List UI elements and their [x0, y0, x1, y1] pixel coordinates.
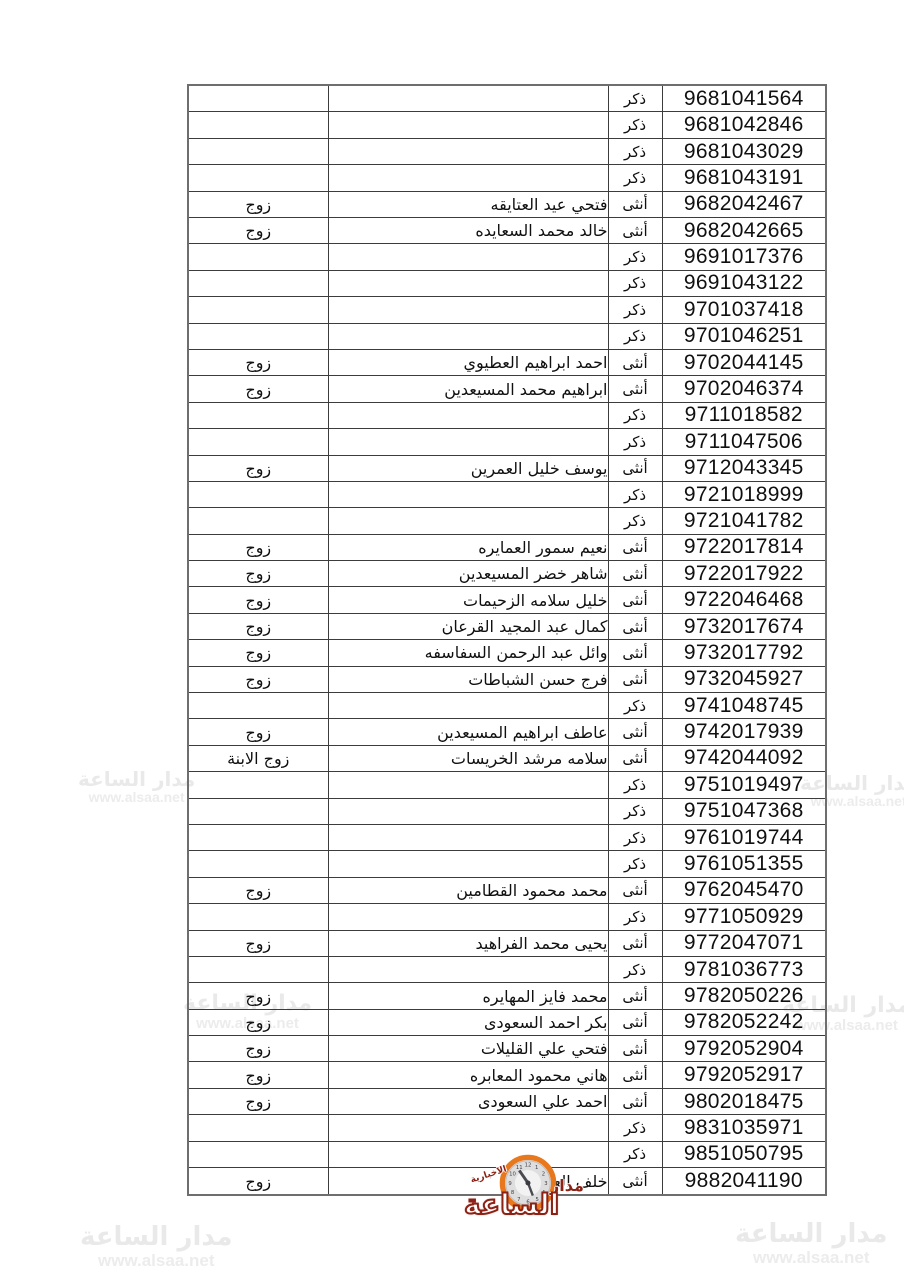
cell-gender: أنثى: [608, 455, 662, 481]
table-row: 9732017792 أنثى وائل عبد الرحمن السفاسفه…: [188, 640, 826, 666]
cell-name: [328, 1115, 608, 1141]
watermark-text: مدار الساعة: [80, 1223, 232, 1252]
cell-name: [328, 956, 608, 982]
cell-relationship: زوج: [188, 877, 328, 903]
table-row: 9681043191 ذكر: [188, 165, 826, 191]
cell-national-id: 9681043029: [662, 138, 826, 164]
table-row: 9882041190 أنثى خلف العبايده زوج: [188, 1168, 826, 1195]
cell-gender: أنثى: [608, 217, 662, 243]
cell-national-id: 9701046251: [662, 323, 826, 349]
cell-relationship: زوج: [188, 534, 328, 560]
cell-national-id: 9882041190: [662, 1168, 826, 1195]
cell-name: [328, 693, 608, 719]
table-row: 9761019744 ذكر: [188, 824, 826, 850]
cell-national-id: 9792052917: [662, 1062, 826, 1088]
cell-gender: أنثى: [608, 745, 662, 771]
table-row: 9782052242 أنثى بكر احمد السعودى زوج: [188, 1009, 826, 1035]
table-row: 9802018475 أنثى احمد علي السعودى زوج: [188, 1088, 826, 1114]
cell-name: [328, 138, 608, 164]
watermark: مدار الساعة www.alsaa.net: [78, 768, 195, 805]
cell-relationship: [188, 270, 328, 296]
cell-gender: ذكر: [608, 138, 662, 164]
cell-gender: ذكر: [608, 165, 662, 191]
table-row: 9711018582 ذكر: [188, 402, 826, 428]
table-body: 9681041564 ذكر 9681042846 ذكر 9681043029…: [188, 85, 826, 1195]
table-row: 9722046468 أنثى خليل سلامه الزحيمات زوج: [188, 587, 826, 613]
cell-relationship: زوج: [188, 719, 328, 745]
cell-national-id: 9682042665: [662, 217, 826, 243]
cell-gender: ذكر: [608, 798, 662, 824]
cell-relationship: [188, 1115, 328, 1141]
cell-relationship: [188, 112, 328, 138]
cell-national-id: 9682042467: [662, 191, 826, 217]
cell-gender: ذكر: [608, 956, 662, 982]
cell-name: [328, 772, 608, 798]
cell-national-id: 9831035971: [662, 1115, 826, 1141]
table-row: 9682042467 أنثى فتحي عيد العتايقه زوج: [188, 191, 826, 217]
table-row: 9792052917 أنثى هاني محمود المعابره زوج: [188, 1062, 826, 1088]
cell-national-id: 9691017376: [662, 244, 826, 270]
cell-relationship: [188, 508, 328, 534]
table-row: 9831035971 ذكر: [188, 1115, 826, 1141]
cell-name: [328, 481, 608, 507]
cell-national-id: 9751047368: [662, 798, 826, 824]
cell-national-id: 9792052904: [662, 1036, 826, 1062]
cell-name: فرج حسن الشباطات: [328, 666, 608, 692]
cell-name: بكر احمد السعودى: [328, 1009, 608, 1035]
cell-name: احمد علي السعودى: [328, 1088, 608, 1114]
table-row: 9751047368 ذكر: [188, 798, 826, 824]
cell-gender: أنثى: [608, 1036, 662, 1062]
table-row: 9772047071 أنثى يحيى محمد الفراهيد زوج: [188, 930, 826, 956]
table-row: 9741048745 ذكر: [188, 693, 826, 719]
watermark-url: www.alsaa.net: [735, 1249, 887, 1268]
cell-relationship: [188, 772, 328, 798]
cell-gender: أنثى: [608, 640, 662, 666]
cell-relationship: [188, 481, 328, 507]
cell-relationship: زوج: [188, 666, 328, 692]
cell-relationship: [188, 429, 328, 455]
cell-name: [328, 1141, 608, 1167]
svg-text:5: 5: [535, 1197, 538, 1203]
cell-national-id: 9702046374: [662, 376, 826, 402]
cell-gender: ذكر: [608, 693, 662, 719]
cell-name: ابراهيم محمد المسيعدين: [328, 376, 608, 402]
cell-national-id: 9802018475: [662, 1088, 826, 1114]
cell-national-id: 9691043122: [662, 270, 826, 296]
cell-relationship: زوج: [188, 613, 328, 639]
cell-relationship: [188, 798, 328, 824]
cell-national-id: 9761019744: [662, 824, 826, 850]
cell-name: [328, 904, 608, 930]
watermark: مدار الساعة www.alsaa.net: [80, 1223, 232, 1270]
cell-name: خالد محمد السعايده: [328, 217, 608, 243]
cell-gender: أنثى: [608, 930, 662, 956]
cell-relationship: [188, 85, 328, 112]
table-row: 9681042846 ذكر: [188, 112, 826, 138]
table-row: 9701037418 ذكر: [188, 297, 826, 323]
cell-relationship: [188, 402, 328, 428]
table-row: 9782050226 أنثى محمد فايز المهايره زوج: [188, 983, 826, 1009]
cell-national-id: 9732045927: [662, 666, 826, 692]
table-row: 9732017674 أنثى كمال عبد المجيد القرعان …: [188, 613, 826, 639]
watermark-text: مدار الساعة: [78, 768, 195, 790]
cell-relationship: [188, 851, 328, 877]
cell-national-id: 9722017922: [662, 561, 826, 587]
cell-name: [328, 85, 608, 112]
cell-relationship: زوج: [188, 217, 328, 243]
cell-relationship: زوج: [188, 587, 328, 613]
cell-gender: أنثى: [608, 877, 662, 903]
table-row: 9722017814 أنثى نعيم سمور العمايره زوج: [188, 534, 826, 560]
cell-gender: ذكر: [608, 824, 662, 850]
cell-name: وائل عبد الرحمن السفاسفه: [328, 640, 608, 666]
table-row: 9721041782 ذكر: [188, 508, 826, 534]
cell-gender: ذكر: [608, 1115, 662, 1141]
cell-name: خليل سلامه الزحيمات: [328, 587, 608, 613]
cell-name: محمد محمود القطامين: [328, 877, 608, 903]
table-row: 9762045470 أنثى محمد محمود القطامين زوج: [188, 877, 826, 903]
cell-national-id: 9761051355: [662, 851, 826, 877]
cell-national-id: 9772047071: [662, 930, 826, 956]
cell-national-id: 9711018582: [662, 402, 826, 428]
cell-gender: أنثى: [608, 191, 662, 217]
cell-relationship: [188, 138, 328, 164]
cell-national-id: 9742017939: [662, 719, 826, 745]
cell-name: يحيى محمد الفراهيد: [328, 930, 608, 956]
cell-gender: ذكر: [608, 508, 662, 534]
cell-name: [328, 851, 608, 877]
cell-name: [328, 508, 608, 534]
table-row: 9732045927 أنثى فرج حسن الشباطات زوج: [188, 666, 826, 692]
table-row: 9742044092 أنثى سلامه مرشد الخريسات زوج …: [188, 745, 826, 771]
table-row: 9722017922 أنثى شاهر خضر المسيعدين زوج: [188, 561, 826, 587]
cell-gender: أنثى: [608, 1009, 662, 1035]
cell-gender: أنثى: [608, 534, 662, 560]
watermark: مدار الساعة www.alsaa.net: [735, 1220, 887, 1267]
cell-relationship: زوج: [188, 1062, 328, 1088]
cell-name: هاني محمود المعابره: [328, 1062, 608, 1088]
cell-relationship: [188, 1141, 328, 1167]
cell-name: احمد ابراهيم العطيوي: [328, 349, 608, 375]
cell-name: [328, 165, 608, 191]
cell-name: عاطف ابراهيم المسيعدين: [328, 719, 608, 745]
cell-gender: ذكر: [608, 1141, 662, 1167]
cell-national-id: 9741048745: [662, 693, 826, 719]
svg-text:7: 7: [517, 1197, 520, 1203]
table-row: 9781036773 ذكر: [188, 956, 826, 982]
table-row: 9792052904 أنثى فتحي علي القليلات زوج: [188, 1036, 826, 1062]
cell-name: كمال عبد المجيد القرعان: [328, 613, 608, 639]
cell-national-id: 9771050929: [662, 904, 826, 930]
table-row: 9691043122 ذكر: [188, 270, 826, 296]
table-row: 9751019497 ذكر: [188, 772, 826, 798]
svg-text:6: 6: [526, 1199, 530, 1205]
table-row: 9702046374 أنثى ابراهيم محمد المسيعدين ز…: [188, 376, 826, 402]
cell-relationship: زوج: [188, 640, 328, 666]
table-row: 9681041564 ذكر: [188, 85, 826, 112]
cell-gender: ذكر: [608, 429, 662, 455]
cell-gender: أنثى: [608, 376, 662, 402]
cell-gender: أنثى: [608, 666, 662, 692]
cell-national-id: 9712043345: [662, 455, 826, 481]
cell-gender: أنثى: [608, 349, 662, 375]
cell-name: نعيم سمور العمايره: [328, 534, 608, 560]
cell-name: شاهر خضر المسيعدين: [328, 561, 608, 587]
table-row: 9851050795 ذكر: [188, 1141, 826, 1167]
table-row: 9702044145 أنثى احمد ابراهيم العطيوي زوج: [188, 349, 826, 375]
watermark-text: مدار الساعة: [735, 1220, 887, 1249]
cell-national-id: 9732017674: [662, 613, 826, 639]
cell-name: [328, 824, 608, 850]
cell-relationship: زوج: [188, 983, 328, 1009]
cell-name: [328, 112, 608, 138]
table-row: 9712043345 أنثى يوسف خليل العمرين زوج: [188, 455, 826, 481]
cell-relationship: [188, 244, 328, 270]
cell-relationship: [188, 956, 328, 982]
cell-name: [328, 270, 608, 296]
cell-national-id: 9721018999: [662, 481, 826, 507]
cell-national-id: 9742044092: [662, 745, 826, 771]
cell-gender: ذكر: [608, 323, 662, 349]
cell-relationship: [188, 165, 328, 191]
cell-national-id: 9681041564: [662, 85, 826, 112]
cell-gender: أنثى: [608, 1088, 662, 1114]
cell-name: فتحي عيد العتايقه: [328, 191, 608, 217]
table-row: 9682042665 أنثى خالد محمد السعايده زوج: [188, 217, 826, 243]
cell-national-id: 9681042846: [662, 112, 826, 138]
cell-name: خلف العبايده: [328, 1168, 608, 1195]
cell-relationship: [188, 297, 328, 323]
cell-national-id: 9722046468: [662, 587, 826, 613]
table-row: 9771050929 ذكر: [188, 904, 826, 930]
cell-gender: أنثى: [608, 719, 662, 745]
cell-gender: أنثى: [608, 983, 662, 1009]
records-table: 9681041564 ذكر 9681042846 ذكر 9681043029…: [187, 84, 827, 1196]
cell-relationship: زوج: [188, 349, 328, 375]
cell-relationship: [188, 824, 328, 850]
table-row: 9701046251 ذكر: [188, 323, 826, 349]
cell-relationship: زوج: [188, 1088, 328, 1114]
cell-gender: ذكر: [608, 851, 662, 877]
table-row: 9711047506 ذكر: [188, 429, 826, 455]
cell-gender: ذكر: [608, 270, 662, 296]
cell-gender: ذكر: [608, 244, 662, 270]
cell-relationship: [188, 693, 328, 719]
cell-gender: ذكر: [608, 904, 662, 930]
cell-national-id: 9732017792: [662, 640, 826, 666]
cell-national-id: 9751019497: [662, 772, 826, 798]
watermark-url: www.alsaa.net: [80, 1252, 232, 1271]
table-row: 9761051355 ذكر: [188, 851, 826, 877]
cell-relationship: [188, 323, 328, 349]
cell-national-id: 9722017814: [662, 534, 826, 560]
cell-relationship: [188, 904, 328, 930]
cell-national-id: 9782050226: [662, 983, 826, 1009]
cell-name: سلامه مرشد الخريسات: [328, 745, 608, 771]
cell-relationship: زوج: [188, 930, 328, 956]
cell-national-id: 9851050795: [662, 1141, 826, 1167]
cell-relationship: زوج: [188, 376, 328, 402]
cell-gender: ذكر: [608, 297, 662, 323]
cell-name: [328, 297, 608, 323]
cell-relationship: زوج: [188, 1168, 328, 1195]
cell-relationship: زوج الابنة: [188, 745, 328, 771]
cell-national-id: 9702044145: [662, 349, 826, 375]
cell-national-id: 9762045470: [662, 877, 826, 903]
cell-gender: ذكر: [608, 481, 662, 507]
cell-name: [328, 323, 608, 349]
table-row: 9681043029 ذكر: [188, 138, 826, 164]
table-row: 9742017939 أنثى عاطف ابراهيم المسيعدين ز…: [188, 719, 826, 745]
cell-name: [328, 798, 608, 824]
cell-name: يوسف خليل العمرين: [328, 455, 608, 481]
cell-national-id: 9782052242: [662, 1009, 826, 1035]
cell-national-id: 9701037418: [662, 297, 826, 323]
cell-gender: ذكر: [608, 112, 662, 138]
cell-national-id: 9711047506: [662, 429, 826, 455]
cell-gender: أنثى: [608, 561, 662, 587]
cell-gender: أنثى: [608, 1062, 662, 1088]
cell-relationship: زوج: [188, 561, 328, 587]
cell-relationship: زوج: [188, 191, 328, 217]
cell-national-id: 9681043191: [662, 165, 826, 191]
cell-national-id: 9781036773: [662, 956, 826, 982]
cell-name: [328, 429, 608, 455]
cell-gender: ذكر: [608, 402, 662, 428]
cell-relationship: زوج: [188, 1009, 328, 1035]
cell-gender: أنثى: [608, 613, 662, 639]
table-row: 9721018999 ذكر: [188, 481, 826, 507]
cell-gender: ذكر: [608, 772, 662, 798]
cell-name: [328, 244, 608, 270]
cell-name: فتحي علي القليلات: [328, 1036, 608, 1062]
watermark-url: www.alsaa.net: [78, 790, 195, 805]
cell-name: [328, 402, 608, 428]
cell-name: محمد فايز المهايره: [328, 983, 608, 1009]
cell-relationship: زوج: [188, 455, 328, 481]
cell-gender: أنثى: [608, 1168, 662, 1195]
cell-national-id: 9721041782: [662, 508, 826, 534]
cell-gender: ذكر: [608, 85, 662, 112]
table-row: 9691017376 ذكر: [188, 244, 826, 270]
cell-relationship: زوج: [188, 1036, 328, 1062]
cell-gender: أنثى: [608, 587, 662, 613]
